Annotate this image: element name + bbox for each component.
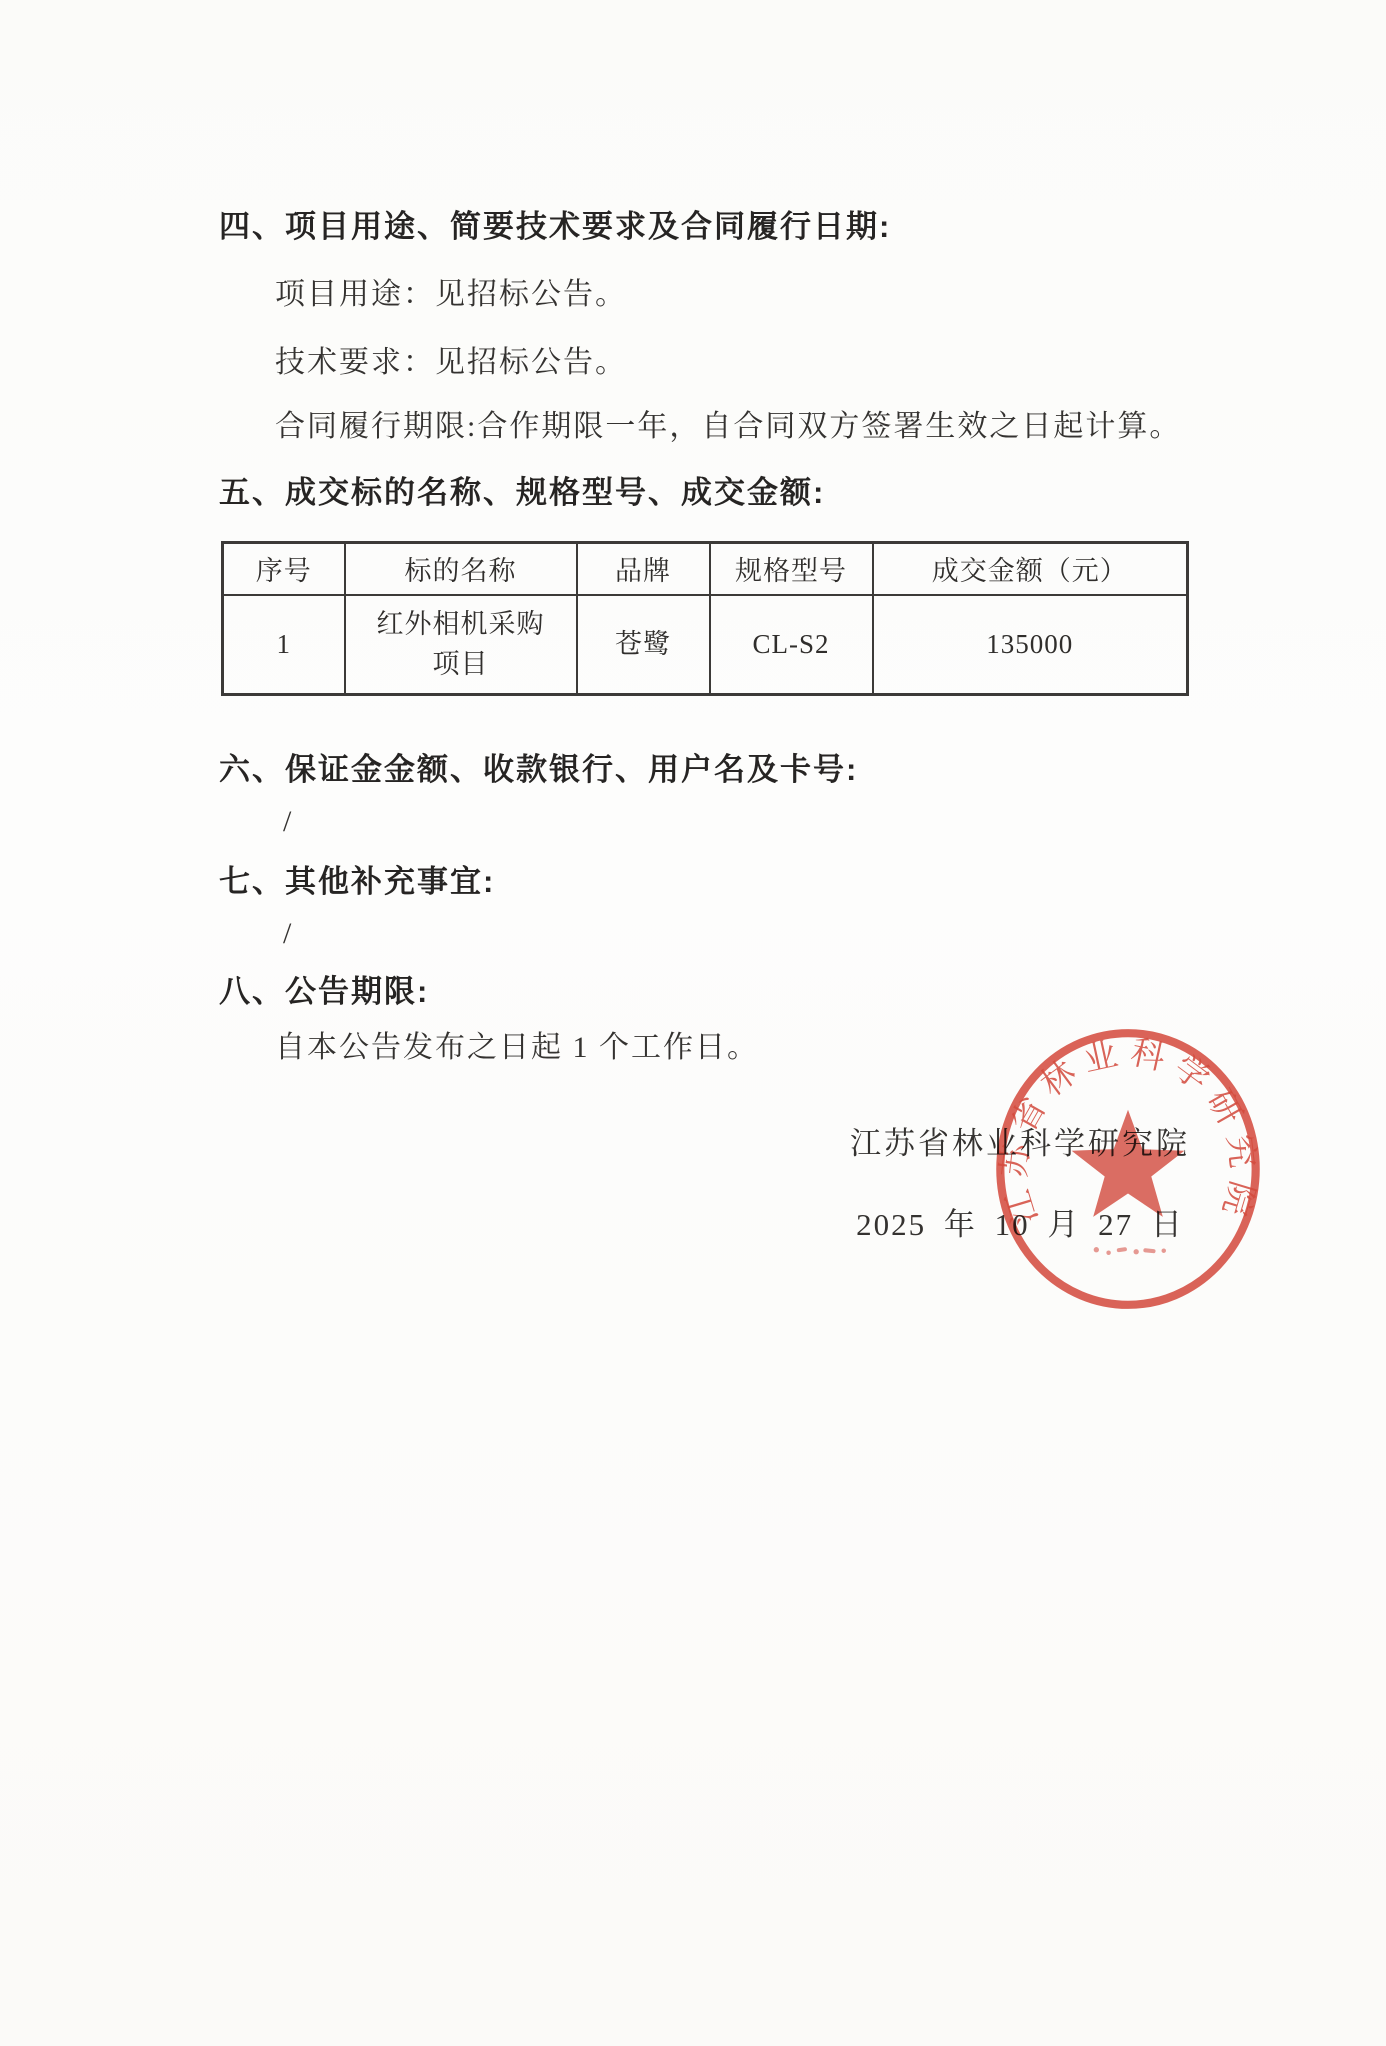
cell-model: CL-S2 (710, 595, 873, 695)
cell-seq: 1 (223, 595, 345, 695)
section-six-content: / (219, 800, 1209, 844)
header-cell-brand: 品牌 (577, 543, 710, 595)
cell-brand: 苍鹭 (577, 595, 710, 695)
signature-block: 江苏省林业科学研究院 2025 年 10 月 27 日 (850, 1118, 1190, 1244)
section-six-heading: 六、保证金金额、收款银行、用户名及卡号: (219, 748, 1209, 792)
header-cell-subject: 标的名称 (345, 543, 577, 595)
signature-organization: 江苏省林业科学研究院 (850, 1118, 1190, 1163)
signature-date: 2025 年 10 月 27 日 (850, 1199, 1190, 1244)
cell-subject: 红外相机采购项目 (345, 595, 577, 695)
section-four-line-contract: 合同履行期限:合作期限一年，自合同双方签署生效之日起计算。 (219, 405, 1209, 449)
header-cell-amount: 成交金额（元） (873, 543, 1188, 595)
section-four-heading: 四、项目用途、简要技术要求及合同履行日期: (219, 205, 1209, 249)
section-four-line-usage: 项目用途：见招标公告。 (219, 273, 1209, 317)
award-table-header-row: 序号 标的名称 品牌 规格型号 成交金额（元） (223, 543, 1188, 595)
document-content: 四、项目用途、简要技术要求及合同履行日期: 项目用途：见招标公告。 技术要求：见… (219, 205, 1209, 1070)
header-cell-model: 规格型号 (710, 543, 873, 595)
section-five-heading: 五、成交标的名称、规格型号、成交金额: (219, 471, 1209, 515)
award-table: 序号 标的名称 品牌 规格型号 成交金额（元） 1 红外相机采购项目 苍鹭 CL… (221, 541, 1189, 696)
seal-code-marks (1094, 1247, 1166, 1255)
section-seven-heading: 七、其他补充事宜: (219, 860, 1209, 904)
section-eight-heading: 八、公告期限: (219, 970, 1209, 1014)
header-cell-seq: 序号 (223, 543, 345, 595)
cell-subject-text: 红外相机采购项目 (369, 604, 553, 684)
cell-amount: 135000 (873, 595, 1188, 695)
section-eight-content: 自本公告发布之日起 1 个工作日。 (219, 1026, 1209, 1070)
award-table-data-row: 1 红外相机采购项目 苍鹭 CL-S2 135000 (223, 595, 1188, 695)
document-page: 四、项目用途、简要技术要求及合同履行日期: 项目用途：见招标公告。 技术要求：见… (0, 0, 1386, 2046)
section-seven-content: / (219, 912, 1209, 956)
section-four-line-tech: 技术要求：见招标公告。 (219, 341, 1209, 385)
